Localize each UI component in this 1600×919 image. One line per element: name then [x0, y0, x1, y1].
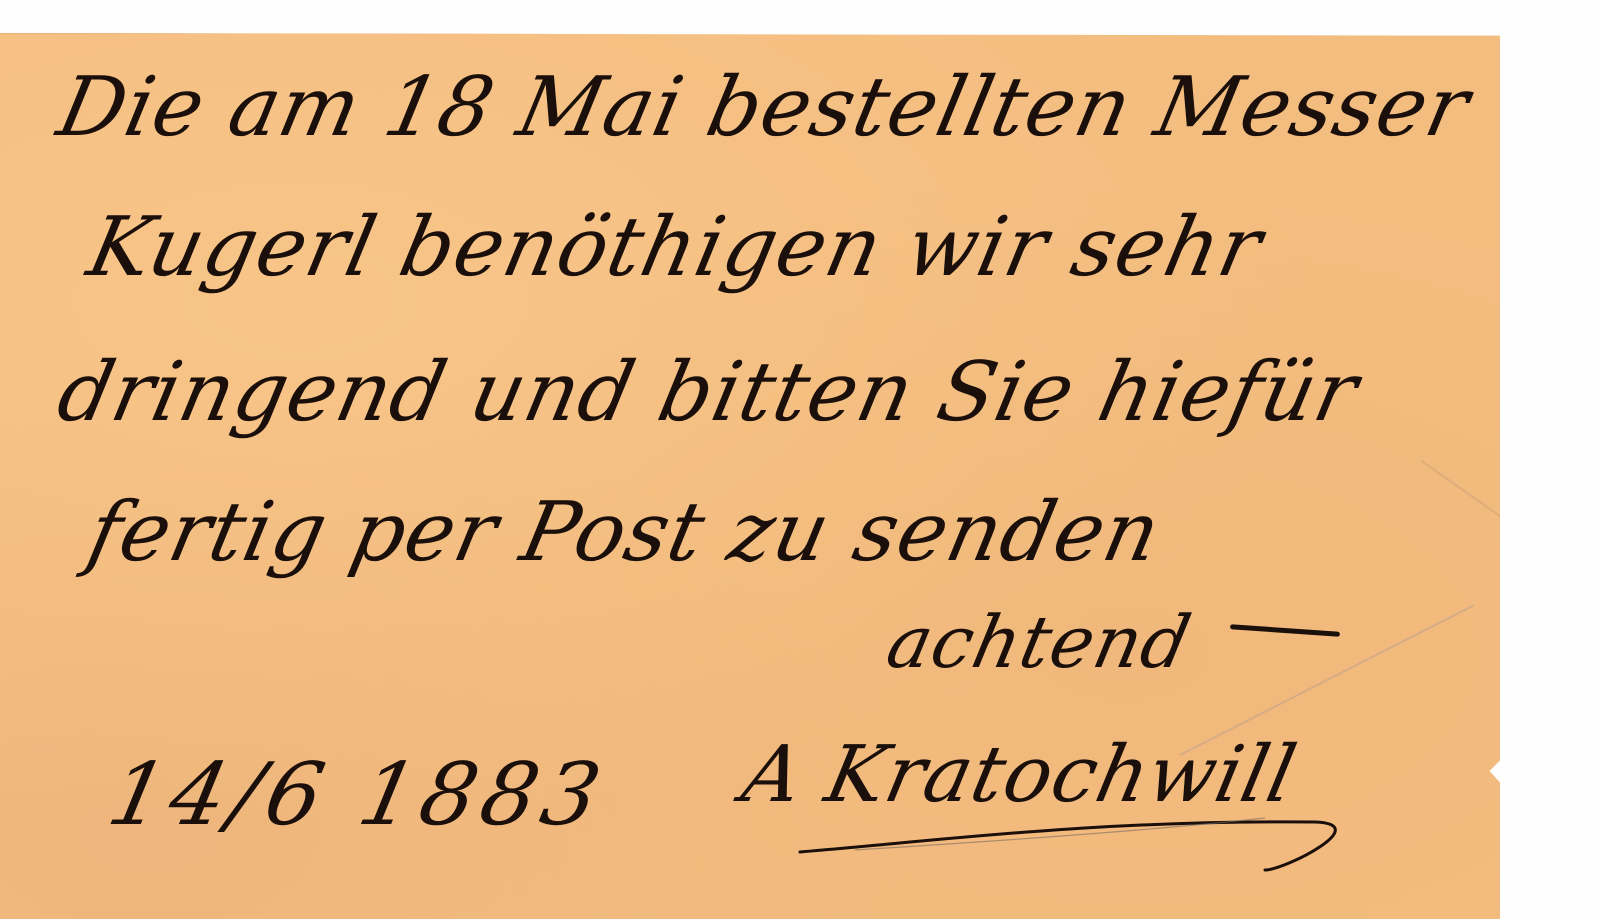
handwritten-line-4: fertig per Post zu senden [80, 485, 1169, 580]
closing-phrase: achtend [880, 600, 1198, 684]
handwritten-line-2: Kugerl benöthigen wir sehr [80, 200, 1270, 295]
letter-date: 14/6 1883 [100, 745, 615, 845]
handwritten-line-3: dringend und bitten Sie hiefür [50, 345, 1366, 440]
paper-crease-edge [1420, 460, 1519, 530]
signature-flourish [795, 810, 1355, 880]
signature: A Kratochwill [735, 730, 1304, 820]
page: Die am 18 Mai bestellten Messer Kugerl b… [0, 0, 1600, 919]
handwritten-line-1: Die am 18 Mai bestellten Messer [50, 60, 1478, 155]
